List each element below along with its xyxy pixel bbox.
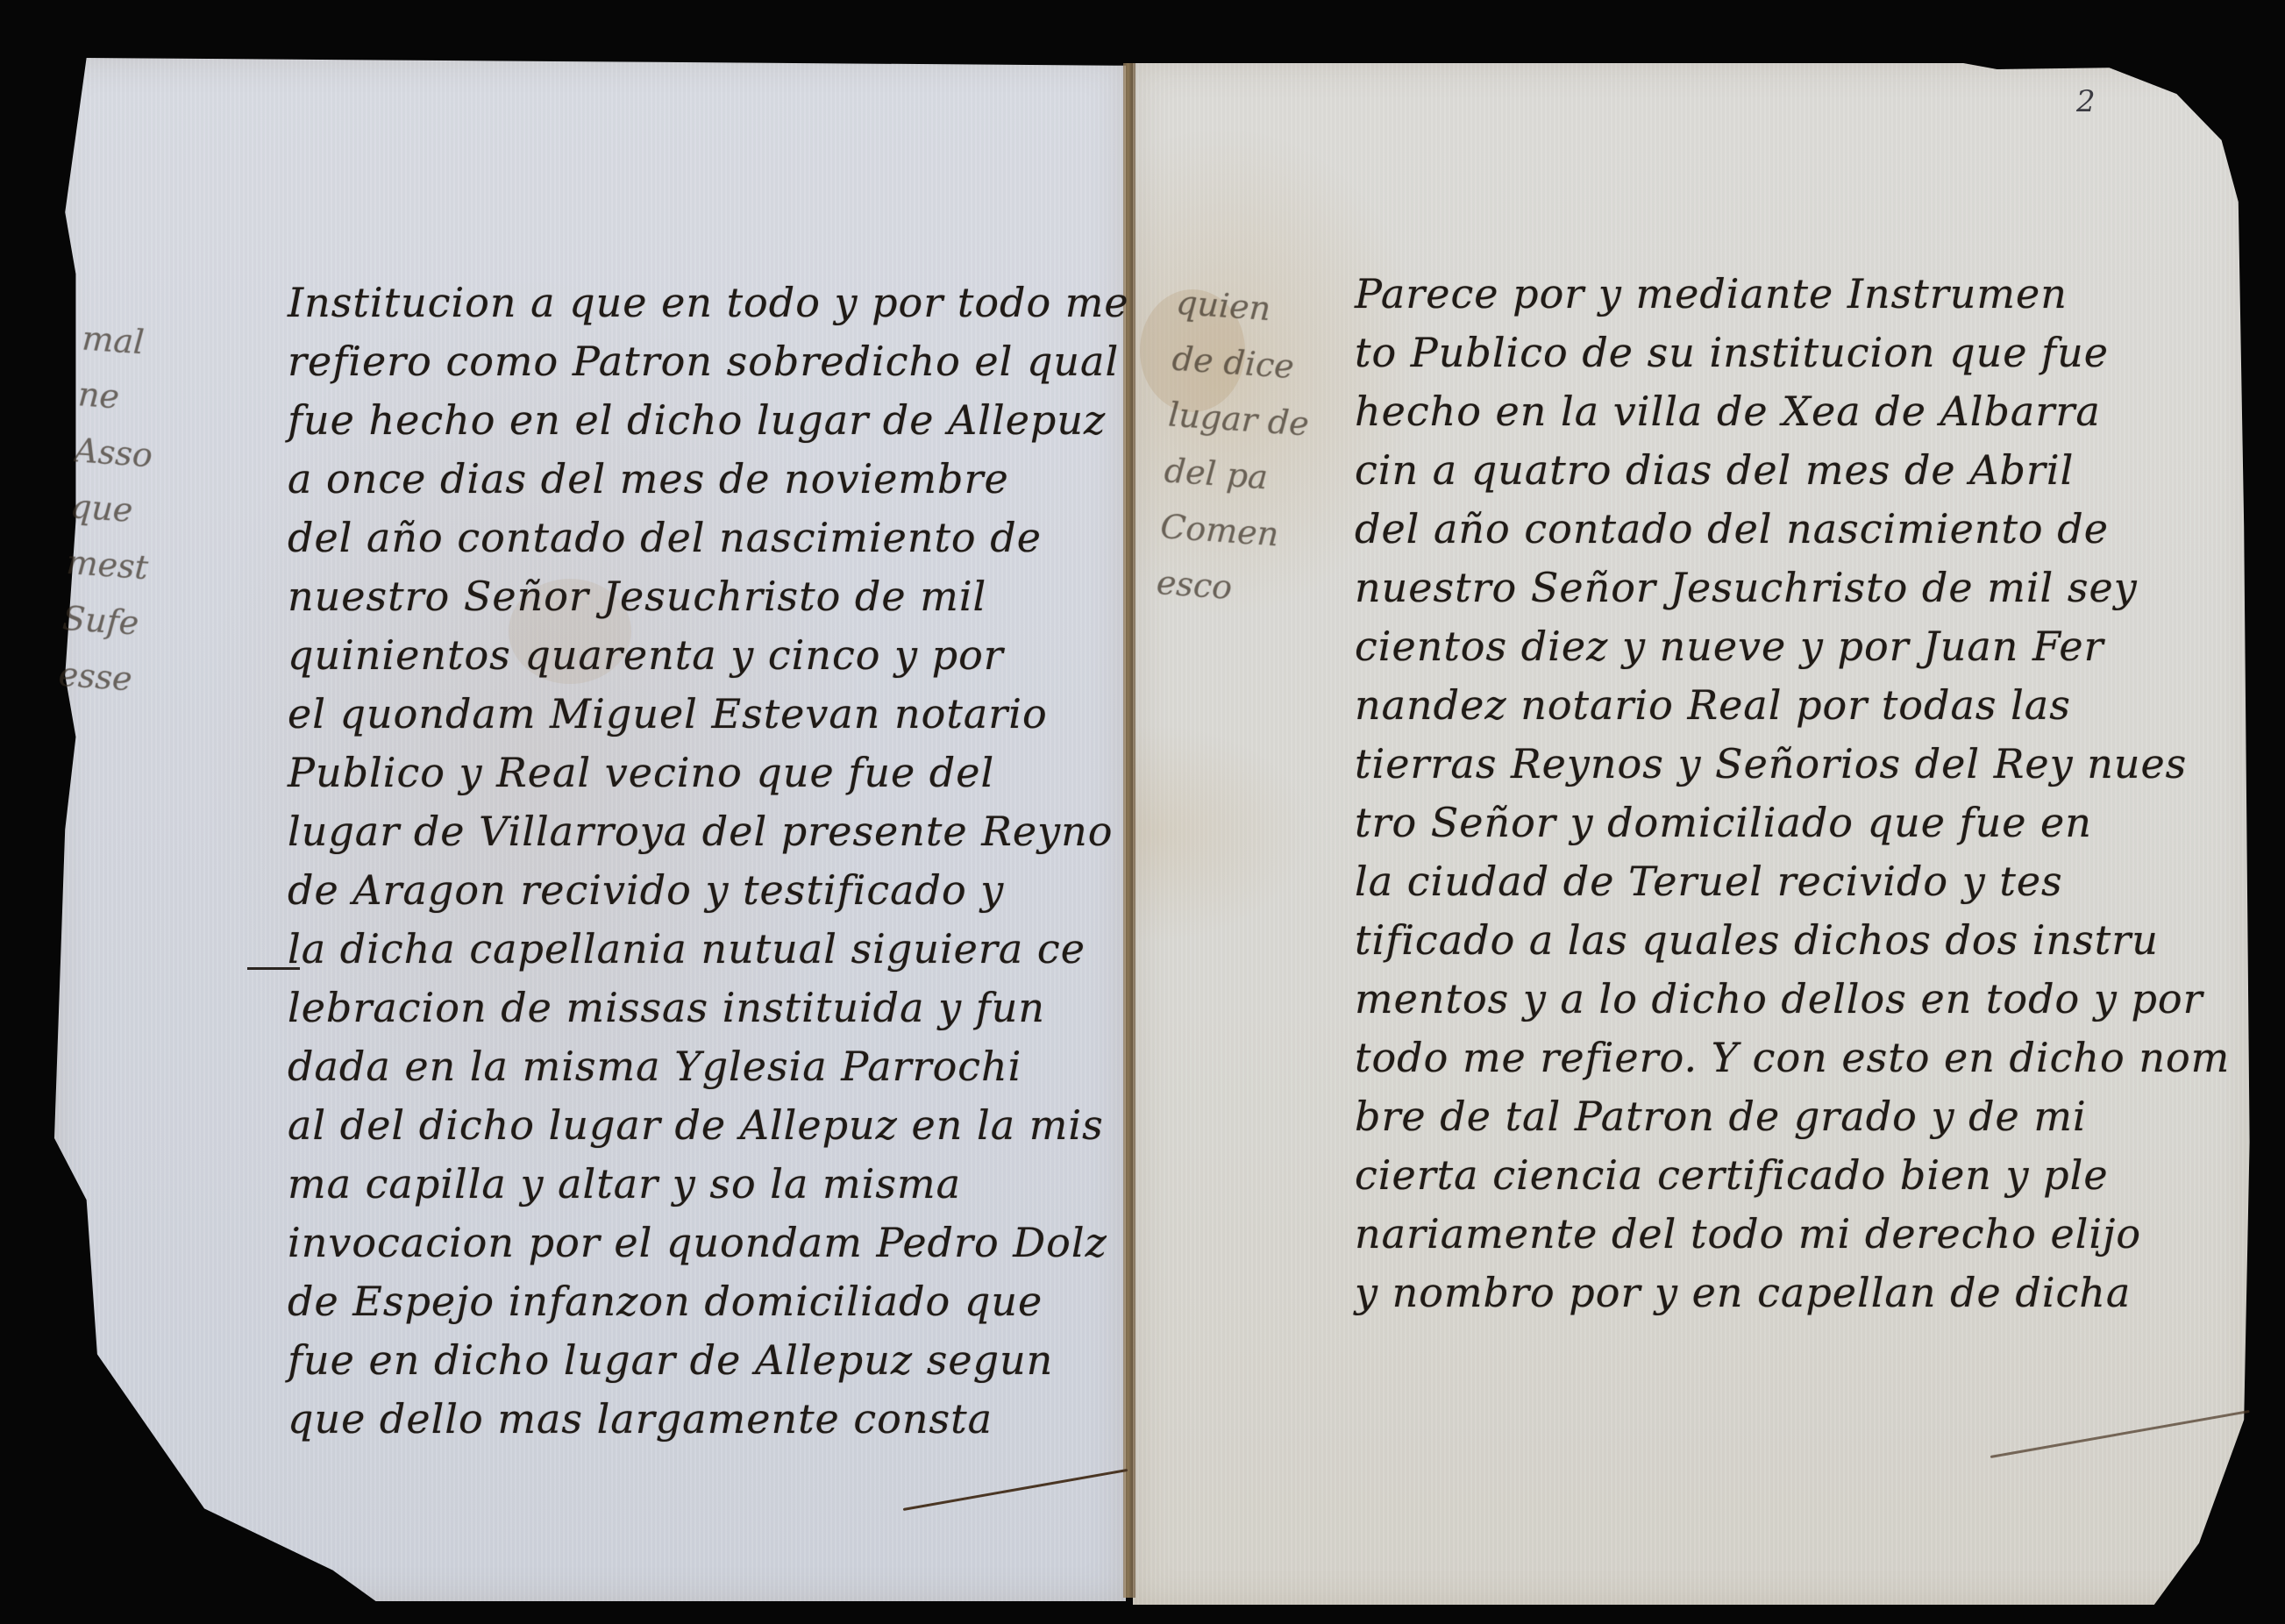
manuscript-line: ma capilla y altar y so la misma [288,1155,1129,1214]
manuscript-scan: mal ne Asso que mest Sufe esse quien de … [0,0,2285,1624]
manuscript-line: la ciudad de Teruel recivido y tes [1355,852,2230,911]
manuscript-line: la dicha capellania nutual siguiera ce [288,920,1129,979]
manuscript-line: refiero como Patron sobredicho el qual [288,332,1129,391]
manuscript-line: del año contado del nascimiento de [1355,500,2230,559]
manuscript-line: dada en la misma Yglesia Parrochi [288,1037,1129,1096]
manuscript-line: lugar de Villarroya del presente Reyno [288,802,1129,861]
manuscript-line: cierta ciencia certificado bien y ple [1355,1146,2230,1205]
manuscript-line: al del dicho lugar de Allepuz en la mis [288,1096,1129,1155]
manuscript-line: invocacion por el quondam Pedro Dolz [288,1214,1129,1272]
folio-number: 2 [2076,84,2096,119]
manuscript-line: lebracion de missas instituida y fun [288,979,1129,1037]
manuscript-line: tro Señor y domiciliado que fue en [1355,794,2230,852]
manuscript-line: nuestro Señor Jesuchristo de mil [288,567,1129,626]
bleed-through-text-right: quien de dice lugar de del pa Comen esco [1155,274,1370,623]
manuscript-line: que dello mas largamente consta [288,1390,1129,1449]
manuscript-line: el quondam Miguel Estevan notario [288,685,1129,744]
manuscript-line: Publico y Real vecino que fue del [288,744,1129,802]
manuscript-line: bre de tal Patron de grado y de mi [1355,1087,2230,1146]
manuscript-line: cientos diez y nueve y por Juan Fer [1355,617,2230,676]
manuscript-line: cin a quatro dias del mes de Abril [1355,441,2230,500]
manuscript-line: to Publico de su institucion que fue [1355,324,2230,382]
manuscript-line: y nombro por y en capellan de dicha [1355,1264,2230,1322]
bleed-through-text-left: mal ne Asso que mest Sufe esse [57,310,260,715]
manuscript-line: de Aragon recivido y testificado y [288,861,1129,920]
left-page-text: Institucion a que en todo y por todo me … [288,274,1129,1449]
right-page-text: Parece por y mediante Instrumen to Publi… [1355,265,2230,1322]
manuscript-line: Parece por y mediante Instrumen [1355,265,2230,324]
manuscript-line: del año contado del nascimiento de [288,509,1129,567]
manuscript-line: hecho en la villa de Xea de Albarra [1355,382,2230,441]
manuscript-line: nandez notario Real por todas las [1355,676,2230,735]
manuscript-line: mentos y a lo dicho dellos en todo y por [1355,970,2230,1029]
manuscript-line: nuestro Señor Jesuchristo de mil sey [1355,559,2230,617]
manuscript-line: quinientos quarenta y cinco y por [288,626,1129,685]
manuscript-line: fue en dicho lugar de Allepuz segun [288,1331,1129,1390]
manuscript-line: Institucion a que en todo y por todo me [288,274,1129,332]
manuscript-line: todo me refiero. Y con esto en dicho nom [1355,1029,2230,1087]
manuscript-line: nariamente del todo mi derecho elijo [1355,1205,2230,1264]
manuscript-line: tificado a las quales dichos dos instru [1355,911,2230,970]
manuscript-line: de Espejo infanzon domiciliado que [288,1272,1129,1331]
manuscript-line: fue hecho en el dicho lugar de Allepuz [288,391,1129,450]
manuscript-line: tierras Reynos y Señorios del Rey nues [1355,735,2230,794]
manuscript-line: a once dias del mes de noviembre [288,450,1129,509]
